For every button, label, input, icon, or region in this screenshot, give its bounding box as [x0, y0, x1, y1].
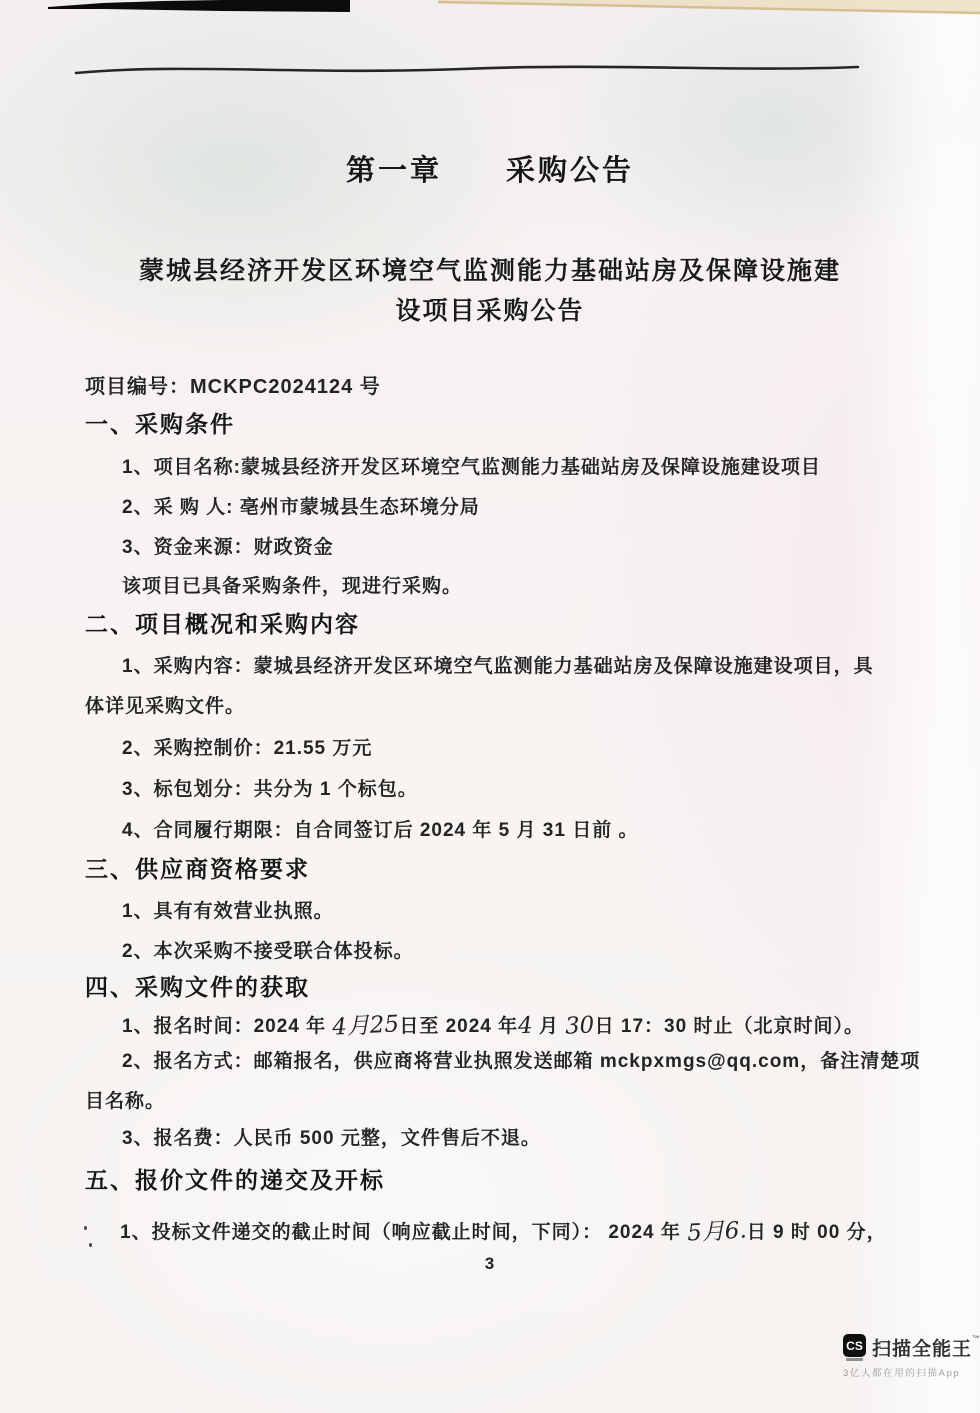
section1-heading: 一、采购条件: [85, 406, 235, 439]
section4-item-2-line1: 2、报名方式：邮箱报名，供应商将营业执照发送邮箱 mckpxmgs@qq.com…: [122, 1046, 920, 1073]
section4-item-1-text: 日至 2024 年: [399, 1016, 518, 1037]
scan-artifact-black-wedge: [48, 0, 350, 14]
section5-heading: 五、报价文件的递交及开标: [85, 1162, 385, 1195]
scan-artifact-page-edge: [438, 0, 980, 16]
section3-heading: 三、供应商资格要求: [85, 851, 310, 884]
section2-item-3: 3、标包划分：共分为 1 个标包。: [122, 774, 418, 801]
header-rule-line: [72, 58, 862, 80]
handwritten-day: 30: [565, 1012, 596, 1039]
ink-dot: [84, 1226, 87, 1230]
handwritten-deadline-date: 5月6.: [686, 1211, 747, 1247]
project-number: 项目编号：MCKPC2024124 号: [85, 370, 381, 399]
camscanner-logo-icon: CS: [843, 1334, 866, 1361]
section2-heading: 二、项目概况和采购内容: [85, 606, 360, 639]
section3-item-2: 2、本次采购不接受联合体投标。: [122, 936, 414, 963]
section4-item-1-text: 月: [533, 1016, 566, 1037]
section2-item-1-line1: 1、采购内容：蒙城县经济开发区环境空气监测能力基础站房及保障设施建设项目，具: [122, 651, 874, 678]
scanned-document-page: 第一章 采购公告 蒙城县经济开发区环境空气监测能力基础站房及保障设施建 设项目采…: [0, 0, 980, 1413]
page-number: 3: [0, 1254, 980, 1274]
section4-item-3: 3、报名费：人民币 500 元整，文件售后不退。: [122, 1123, 541, 1150]
doc-title-line1: 蒙城县经济开发区环境空气监测能力基础站房及保障设施建: [0, 251, 980, 287]
section4-item-2-line2: 目名称。: [85, 1086, 165, 1113]
camscanner-watermark: CS 扫描全能王™ 3亿人都在用的扫描App: [843, 1334, 973, 1379]
doc-title-line2: 设项目采购公告: [0, 291, 980, 327]
camscanner-tagline: 3亿人都在用的扫描App: [843, 1365, 973, 1379]
section5-item-1: 1、投标文件递交的截止时间（响应截止时间，下同）： 2024 年 5月6.日 9…: [120, 1212, 887, 1245]
handwritten-date-start: 4月25: [332, 1005, 401, 1041]
section1-item-1: 1、项目名称:蒙城县经济开发区环境空气监测能力基础站房及保障设施建设项目: [122, 452, 821, 479]
chapter-title: 第一章 采购公告: [0, 148, 980, 189]
section5-item-1-text: 日 9 时 00 分，: [747, 1222, 887, 1243]
section4-item-1-text: 1、报名时间：2024 年: [122, 1016, 332, 1037]
section4-heading: 四、采购文件的获取: [85, 969, 310, 1002]
section2-item-4: 4、合同履行期限：自合同签订后 2024 年 5 月 31 日前 。: [122, 815, 639, 842]
section3-item-1: 1、具有有效营业执照。: [122, 896, 334, 923]
section1-item-2: 2、采 购 人: 亳州市蒙城县生态环境分局: [122, 492, 480, 519]
section2-item-1-line2: 体详见采购文件。: [85, 691, 245, 718]
camscanner-brand-text: 扫描全能王™: [872, 1334, 980, 1361]
section1-note: 该项目已具备采购条件，现进行采购。: [122, 571, 462, 598]
trademark-mark: ™: [972, 1334, 980, 1343]
section1-item-3: 3、资金来源：财政资金: [122, 532, 334, 559]
section2-item-2: 2、采购控制价：21.55 万元: [122, 733, 372, 760]
section4-item-1-text: 日 17：30 时止（北京时间）。: [595, 1016, 864, 1037]
section4-item-1: 1、报名时间：2024 年 4月25日至 2024 年4 月 30日 17：30…: [122, 1006, 864, 1039]
section5-item-1-text: 1、投标文件递交的截止时间（响应截止时间，下同）： 2024 年: [120, 1222, 687, 1243]
ink-dot: [89, 1243, 92, 1247]
handwritten-month: 4: [518, 1013, 534, 1040]
